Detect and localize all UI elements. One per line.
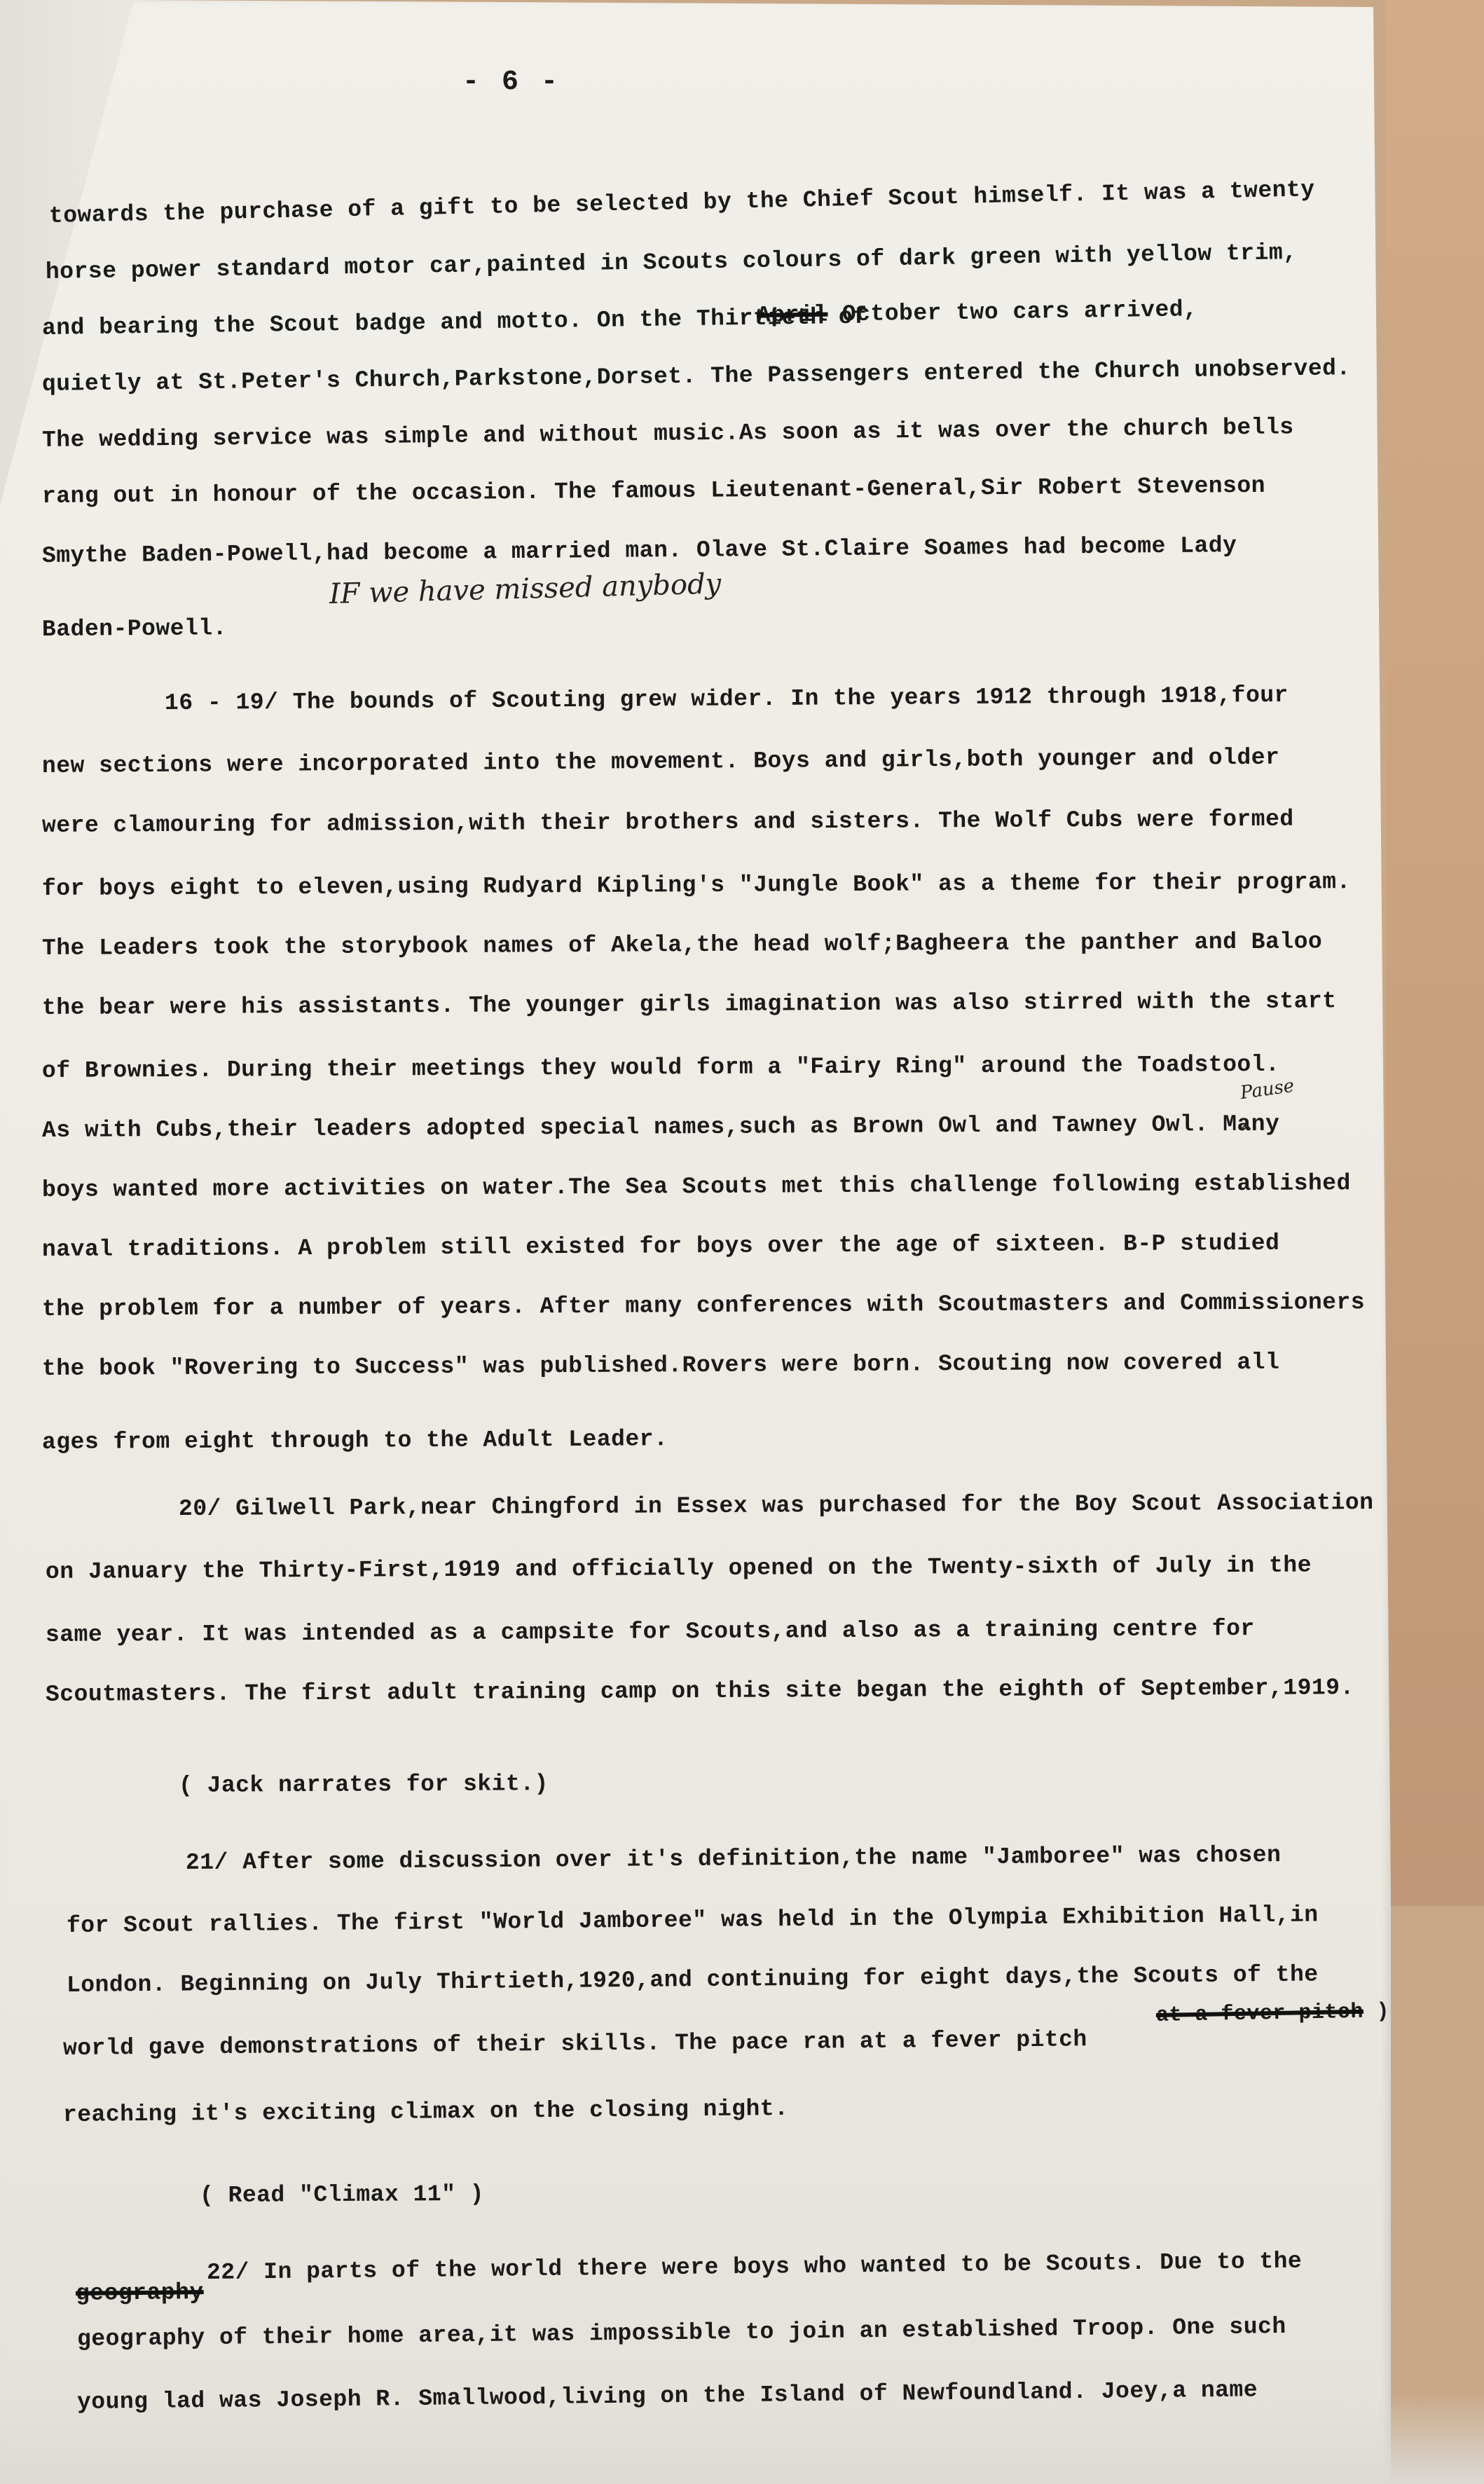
struck-phrase-fever-pitch: at a fever pitch — [1156, 2001, 1364, 2028]
table-surface — [1386, 0, 1484, 1906]
typed-continuation: October two cars arrived, — [842, 296, 1198, 327]
page-number: - 6 - — [462, 67, 561, 98]
caret-insert-mark: ^ — [1239, 1121, 1253, 1141]
typed-line-correction-fever: at a fever pitch ) — [1156, 2000, 1390, 2028]
struck-word-april: April — [757, 302, 828, 329]
typed-line: Baden-Powell. — [42, 615, 227, 643]
struck-word-geography: geography — [76, 2279, 204, 2307]
typed-line: ( Jack narrates for skit.) — [179, 1771, 549, 1799]
typed-line: ages from eight through to the Adult Lea… — [42, 1426, 668, 1455]
typed-line-correction-geography: geography — [76, 2279, 204, 2307]
bracket-mark: ) — [1363, 2000, 1390, 2024]
typed-line: ( Read "Climax 11" ) — [200, 2181, 484, 2209]
